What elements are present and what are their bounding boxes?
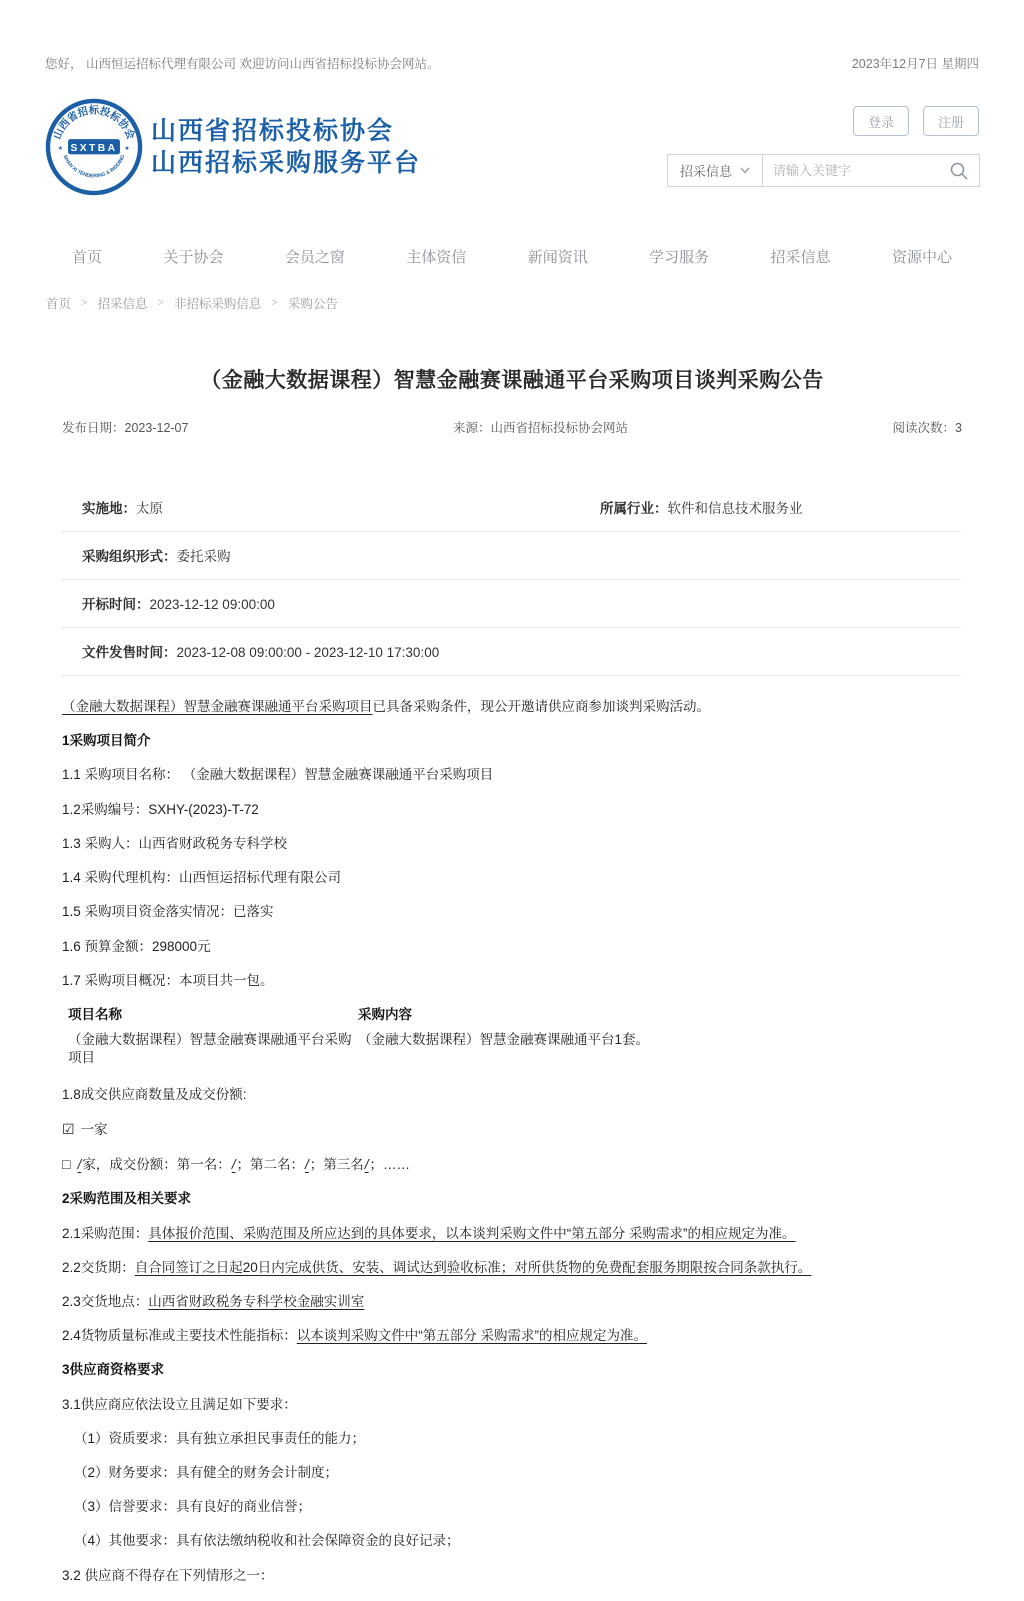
- breadcrumb-announcement[interactable]: 采购公告: [288, 294, 338, 312]
- nav-item-procurement[interactable]: 招采信息: [771, 246, 831, 267]
- requirement-3: （3）信誉要求：具有良好的商业信誉；: [62, 1498, 962, 1516]
- package-col2-header: 采购内容: [358, 1006, 962, 1024]
- section-1-heading: 1采购项目简介: [62, 732, 962, 750]
- auth-buttons: 登录 注册: [853, 106, 979, 136]
- svg-text:★: ★: [58, 145, 63, 152]
- nav-item-home[interactable]: 首页: [72, 246, 102, 267]
- brand-wordmark: 山西省招标投标协会 山西招标采购服务平台: [151, 115, 421, 180]
- chevron-down-icon: [740, 167, 750, 174]
- field-location-value: 太原: [136, 501, 163, 516]
- field-row-bid-opening-time: 开标时间：2023-12-12 09:00:00: [62, 580, 962, 628]
- nav-item-about[interactable]: 关于协会: [163, 246, 223, 267]
- package-col2-value: （金融大数据课程）智慧金融赛课融通平台1套。: [358, 1031, 962, 1067]
- search-submit[interactable]: [949, 161, 969, 181]
- source: 来源：山西省招标投标协会网站: [453, 418, 628, 436]
- search-input[interactable]: [773, 163, 949, 178]
- article-meta: 发布日期：2023-12-07 来源：山西省招标投标协会网站 阅读次数：3: [62, 418, 962, 436]
- item-1-2: 1.2采购编号：SXHY-(2023)-T-72: [62, 801, 962, 819]
- search-icon: [949, 161, 969, 181]
- item-1-8: 1.8成交供应商数量及成交份额:: [62, 1086, 962, 1104]
- current-date-text: 2023年12月7日 星期四: [852, 54, 979, 72]
- requirement-2: （2）财务要求：具有健全的财务会计制度；: [62, 1464, 962, 1482]
- option-one-supplier-text: 一家: [81, 1122, 108, 1137]
- field-sale-time-value: 2023-12-08 09:00:00 - 2023-12-10 17:30:0…: [177, 645, 440, 660]
- section-2-heading: 2采购范围及相关要求: [62, 1190, 962, 1208]
- item-1-6: 1.6 预算金额：298000元: [62, 938, 962, 956]
- document-body: （金融大数据课程）智慧金融赛课融通平台采购项目已具备采购条件，现公开邀请供应商参…: [62, 698, 962, 1585]
- header-right: 登录 注册 招采信息: [667, 106, 979, 187]
- requirement-4: （4）其他要求：具有依法缴纳税收和社会保障资金的良好记录；: [62, 1532, 962, 1550]
- intro-rest: 已具备采购条件，现公开邀请供应商参加谈判采购活动。: [373, 699, 711, 714]
- field-org-form-value: 委托采购: [177, 549, 231, 564]
- item-2-2: 2.2交货期：自合同签订之日起20日内完成供货、安装、调试达到验收标准；对所供货…: [62, 1259, 962, 1277]
- item-1-3: 1.3 采购人：山西省财政税务专科学校: [62, 835, 962, 853]
- item-3-2: 3.2 供应商不得存在下列情形之一：: [62, 1567, 962, 1585]
- search-bar: 招采信息: [667, 154, 979, 187]
- publish-date-value: 2023-12-07: [125, 421, 189, 435]
- item-1-1: 1.1 采购项目名称： （金融大数据课程）智慧金融赛课融通平台采购项目: [62, 766, 962, 784]
- nav-item-learning[interactable]: 学习服务: [649, 246, 709, 267]
- info-fields: 实施地：太原 所属行业：软件和信息技术服务业 采购组织形式：委托采购 开标时间：…: [62, 484, 962, 676]
- svg-text:★: ★: [124, 145, 129, 152]
- item-3-1: 3.1供应商应依法设立且满足如下要求：: [62, 1396, 962, 1414]
- field-opening-time-label: 开标时间：: [82, 597, 150, 612]
- option-multiple-suppliers: □/家，成交份额：第一名：/；第二名：/；第三名/；……: [62, 1155, 962, 1174]
- item-2-3: 2.3交货地点：山西省财政税务专科学校金融实训室: [62, 1293, 962, 1311]
- breadcrumb-procurement-info[interactable]: 招采信息: [97, 294, 147, 312]
- package-table-row: （金融大数据课程）智慧金融赛课融通平台采购项目 （金融大数据课程）智慧金融赛课融…: [62, 1031, 962, 1067]
- view-count: 阅读次数：3: [893, 418, 962, 436]
- svg-text:SXTBA: SXTBA: [70, 143, 117, 154]
- field-location-label: 实施地：: [82, 501, 136, 516]
- breadcrumb-separator: >: [271, 297, 277, 309]
- item-2-1: 2.1采购范围：具体报价范围、采购范围及所应达到的具体要求，以本谈判采购文件中“…: [62, 1225, 962, 1243]
- brand-line-2: 山西招标采购服务平台: [151, 147, 421, 180]
- intro-underlined: （金融大数据课程）智慧金融赛课融通平台采购项目: [62, 699, 373, 714]
- article: （金融大数据课程）智慧金融赛课融通平台采购项目谈判采购公告 发布日期：2023-…: [62, 364, 962, 1585]
- breadcrumb-separator: >: [81, 297, 87, 309]
- field-location: 实施地：太原: [82, 497, 600, 517]
- field-industry-value: 软件和信息技术服务业: [668, 501, 803, 516]
- field-org-form-label: 采购组织形式：: [82, 549, 177, 564]
- search-field: [763, 154, 980, 187]
- field-sale-time-label: 文件发售时间：: [82, 645, 177, 660]
- field-industry-label: 所属行业：: [600, 501, 668, 516]
- item-1-4: 1.4 采购代理机构：山西恒运招标代理有限公司: [62, 869, 962, 887]
- field-row-organization-form: 采购组织形式：委托采购: [62, 532, 962, 580]
- field-opening-time-value: 2023-12-12 09:00:00: [150, 597, 275, 612]
- publish-date: 发布日期：2023-12-07: [62, 418, 188, 436]
- page: 您好， 山西恒运招标代理有限公司 欢迎访问山西省招标投标协会网站。 2023年1…: [0, 54, 1024, 1585]
- breadcrumb-separator: >: [157, 297, 163, 309]
- option-one-supplier: ☑一家: [62, 1120, 962, 1139]
- source-value: 山西省招标投标协会网站: [491, 421, 629, 435]
- source-label: 来源：: [453, 421, 491, 435]
- nav-item-resources[interactable]: 资源中心: [892, 246, 952, 267]
- breadcrumb-home[interactable]: 首页: [46, 294, 71, 312]
- item-1-7: 1.7 采购项目概况：本项目共一包。: [62, 972, 962, 990]
- section-3-heading: 3供应商资格要求: [62, 1361, 962, 1379]
- intro-paragraph: （金融大数据课程）智慧金融赛课融通平台采购项目已具备采购条件，现公开邀请供应商参…: [62, 698, 962, 716]
- view-count-label: 阅读次数：: [893, 421, 956, 435]
- requirement-1: （1）资质要求：具有独立承担民事责任的能力；: [62, 1430, 962, 1448]
- field-industry: 所属行业：软件和信息技术服务业: [600, 497, 942, 517]
- site-header: 山西省招标投标协会 SHAN XI TENDERING & BIDDING ★ …: [0, 98, 1024, 210]
- nav-item-credit[interactable]: 主体资信: [406, 246, 466, 267]
- welcome-text: 您好， 山西恒运招标代理有限公司 欢迎访问山西省招标投标协会网站。: [45, 54, 439, 72]
- package-table-header: 项目名称 采购内容: [62, 1006, 962, 1024]
- association-seal-icon: 山西省招标投标协会 SHAN XI TENDERING & BIDDING ★ …: [45, 98, 143, 196]
- register-button[interactable]: 注册: [923, 106, 979, 136]
- checked-checkbox-icon: ☑: [62, 1121, 75, 1137]
- topbar: 您好， 山西恒运招标代理有限公司 欢迎访问山西省招标投标协会网站。 2023年1…: [0, 54, 1024, 72]
- item-2-4: 2.4货物质量标准或主要技术性能指标：以本谈判采购文件中“第五部分 采购需求”的…: [62, 1327, 962, 1345]
- brand-line-1: 山西省招标投标协会: [151, 115, 421, 148]
- item-1-5: 1.5 采购项目资金落实情况：已落实: [62, 903, 962, 921]
- search-category-label: 招采信息: [680, 161, 732, 180]
- package-col1-value: （金融大数据课程）智慧金融赛课融通平台采购项目: [62, 1031, 358, 1067]
- publish-date-label: 发布日期：: [62, 421, 125, 435]
- main-nav: 首页 关于协会 会员之窗 主体资信 新闻资讯 学习服务 招采信息 资源中心: [0, 236, 1024, 276]
- unchecked-checkbox-icon: □: [62, 1156, 70, 1172]
- field-row-location-industry: 实施地：太原 所属行业：软件和信息技术服务业: [62, 484, 962, 532]
- site-logo[interactable]: 山西省招标投标协会 SHAN XI TENDERING & BIDDING ★ …: [45, 98, 421, 196]
- nav-item-news[interactable]: 新闻资讯: [528, 246, 588, 267]
- breadcrumb: 首页 > 招采信息 > 非招标采购信息 > 采购公告: [0, 294, 1024, 312]
- page-title: （金融大数据课程）智慧金融赛课融通平台采购项目谈判采购公告: [62, 364, 962, 394]
- breadcrumb-non-bidding-info[interactable]: 非招标采购信息: [174, 294, 262, 312]
- field-row-document-sale-time: 文件发售时间：2023-12-08 09:00:00 - 2023-12-10 …: [62, 628, 962, 676]
- nav-item-members[interactable]: 会员之窗: [285, 246, 345, 267]
- search-category-dropdown[interactable]: 招采信息: [667, 154, 763, 187]
- package-col1-header: 项目名称: [62, 1006, 358, 1024]
- login-button[interactable]: 登录: [853, 106, 909, 136]
- view-count-value: 3: [955, 421, 962, 435]
